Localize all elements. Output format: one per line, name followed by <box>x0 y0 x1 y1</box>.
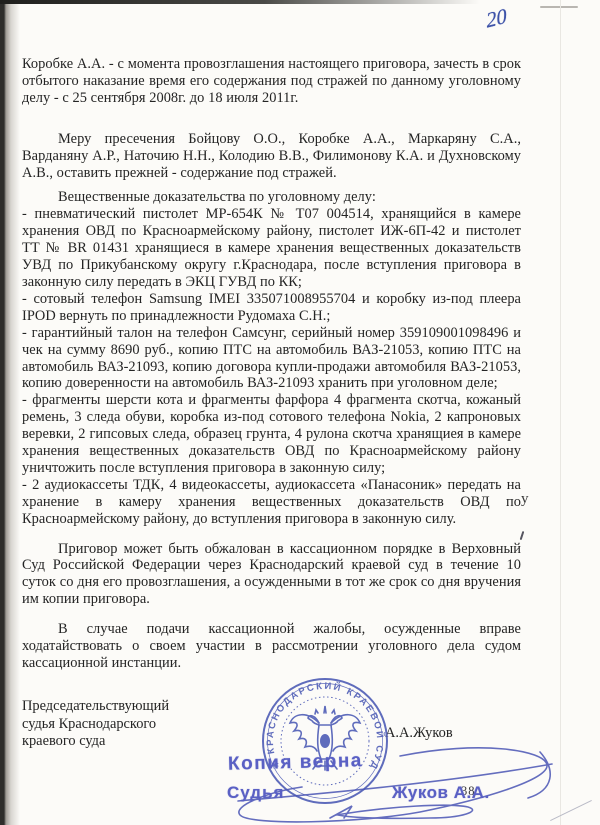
judge-label-stamp: Судья <box>227 783 284 803</box>
list-item-fragments: - фрагменты шерсти кота и фрагменты фарф… <box>22 392 521 477</box>
document-body: Коробке А.А. - с момента провозглашения … <box>22 56 521 672</box>
paragraph-appeal: Приговор может быть обжалован в кассацио… <box>22 541 521 609</box>
presiding-judge-title: Председательствующий судья Краснодарског… <box>22 698 169 751</box>
presiding-judge-title-line: Председательствующий <box>22 698 169 716</box>
list-item-documents: - гарантийный талон на телефон Самсунг, … <box>22 325 521 393</box>
list-item-cassettes: - 2 аудиокассеты ТДК, 4 видеокассеты, ау… <box>22 477 521 528</box>
paper-edge-line <box>560 0 561 825</box>
list-item-pistols: - пневматический пистолет МР-654К № Т07 … <box>22 206 521 291</box>
presiding-judge-title-line: краевого суда <box>22 733 169 751</box>
scan-artifact-dash <box>540 6 578 8</box>
list-item-phone: - сотовый телефон Samsung IMEI 335071008… <box>22 291 521 325</box>
scanned-document-page: 20 Коробке А.А. - с момента провозглашен… <box>0 0 600 825</box>
scan-edge-top <box>0 0 480 4</box>
presiding-judge-title-line: судья Краснодарского <box>22 716 169 734</box>
margin-stray-mark: у <box>521 491 529 508</box>
copy-certified-stamp: Копия верна <box>228 750 363 776</box>
handwritten-sheet-number: 20 <box>485 3 508 33</box>
paragraph-restraint-measure: Меру пресечения Бойцову О.О., Коробке А.… <box>22 131 521 182</box>
scan-edge-left <box>0 0 20 825</box>
judge-signature-scribble <box>210 730 580 825</box>
paragraph-custody-credit: Коробке А.А. - с момента провозглашения … <box>22 56 521 107</box>
judge-signature-name-stamp: Жуков А.А. <box>392 783 490 803</box>
paragraph-evidence-heading: Вещественные доказательства по уголовном… <box>22 189 521 206</box>
paragraph-cassation: В случае подачи кассационной жалобы, осу… <box>22 621 521 672</box>
